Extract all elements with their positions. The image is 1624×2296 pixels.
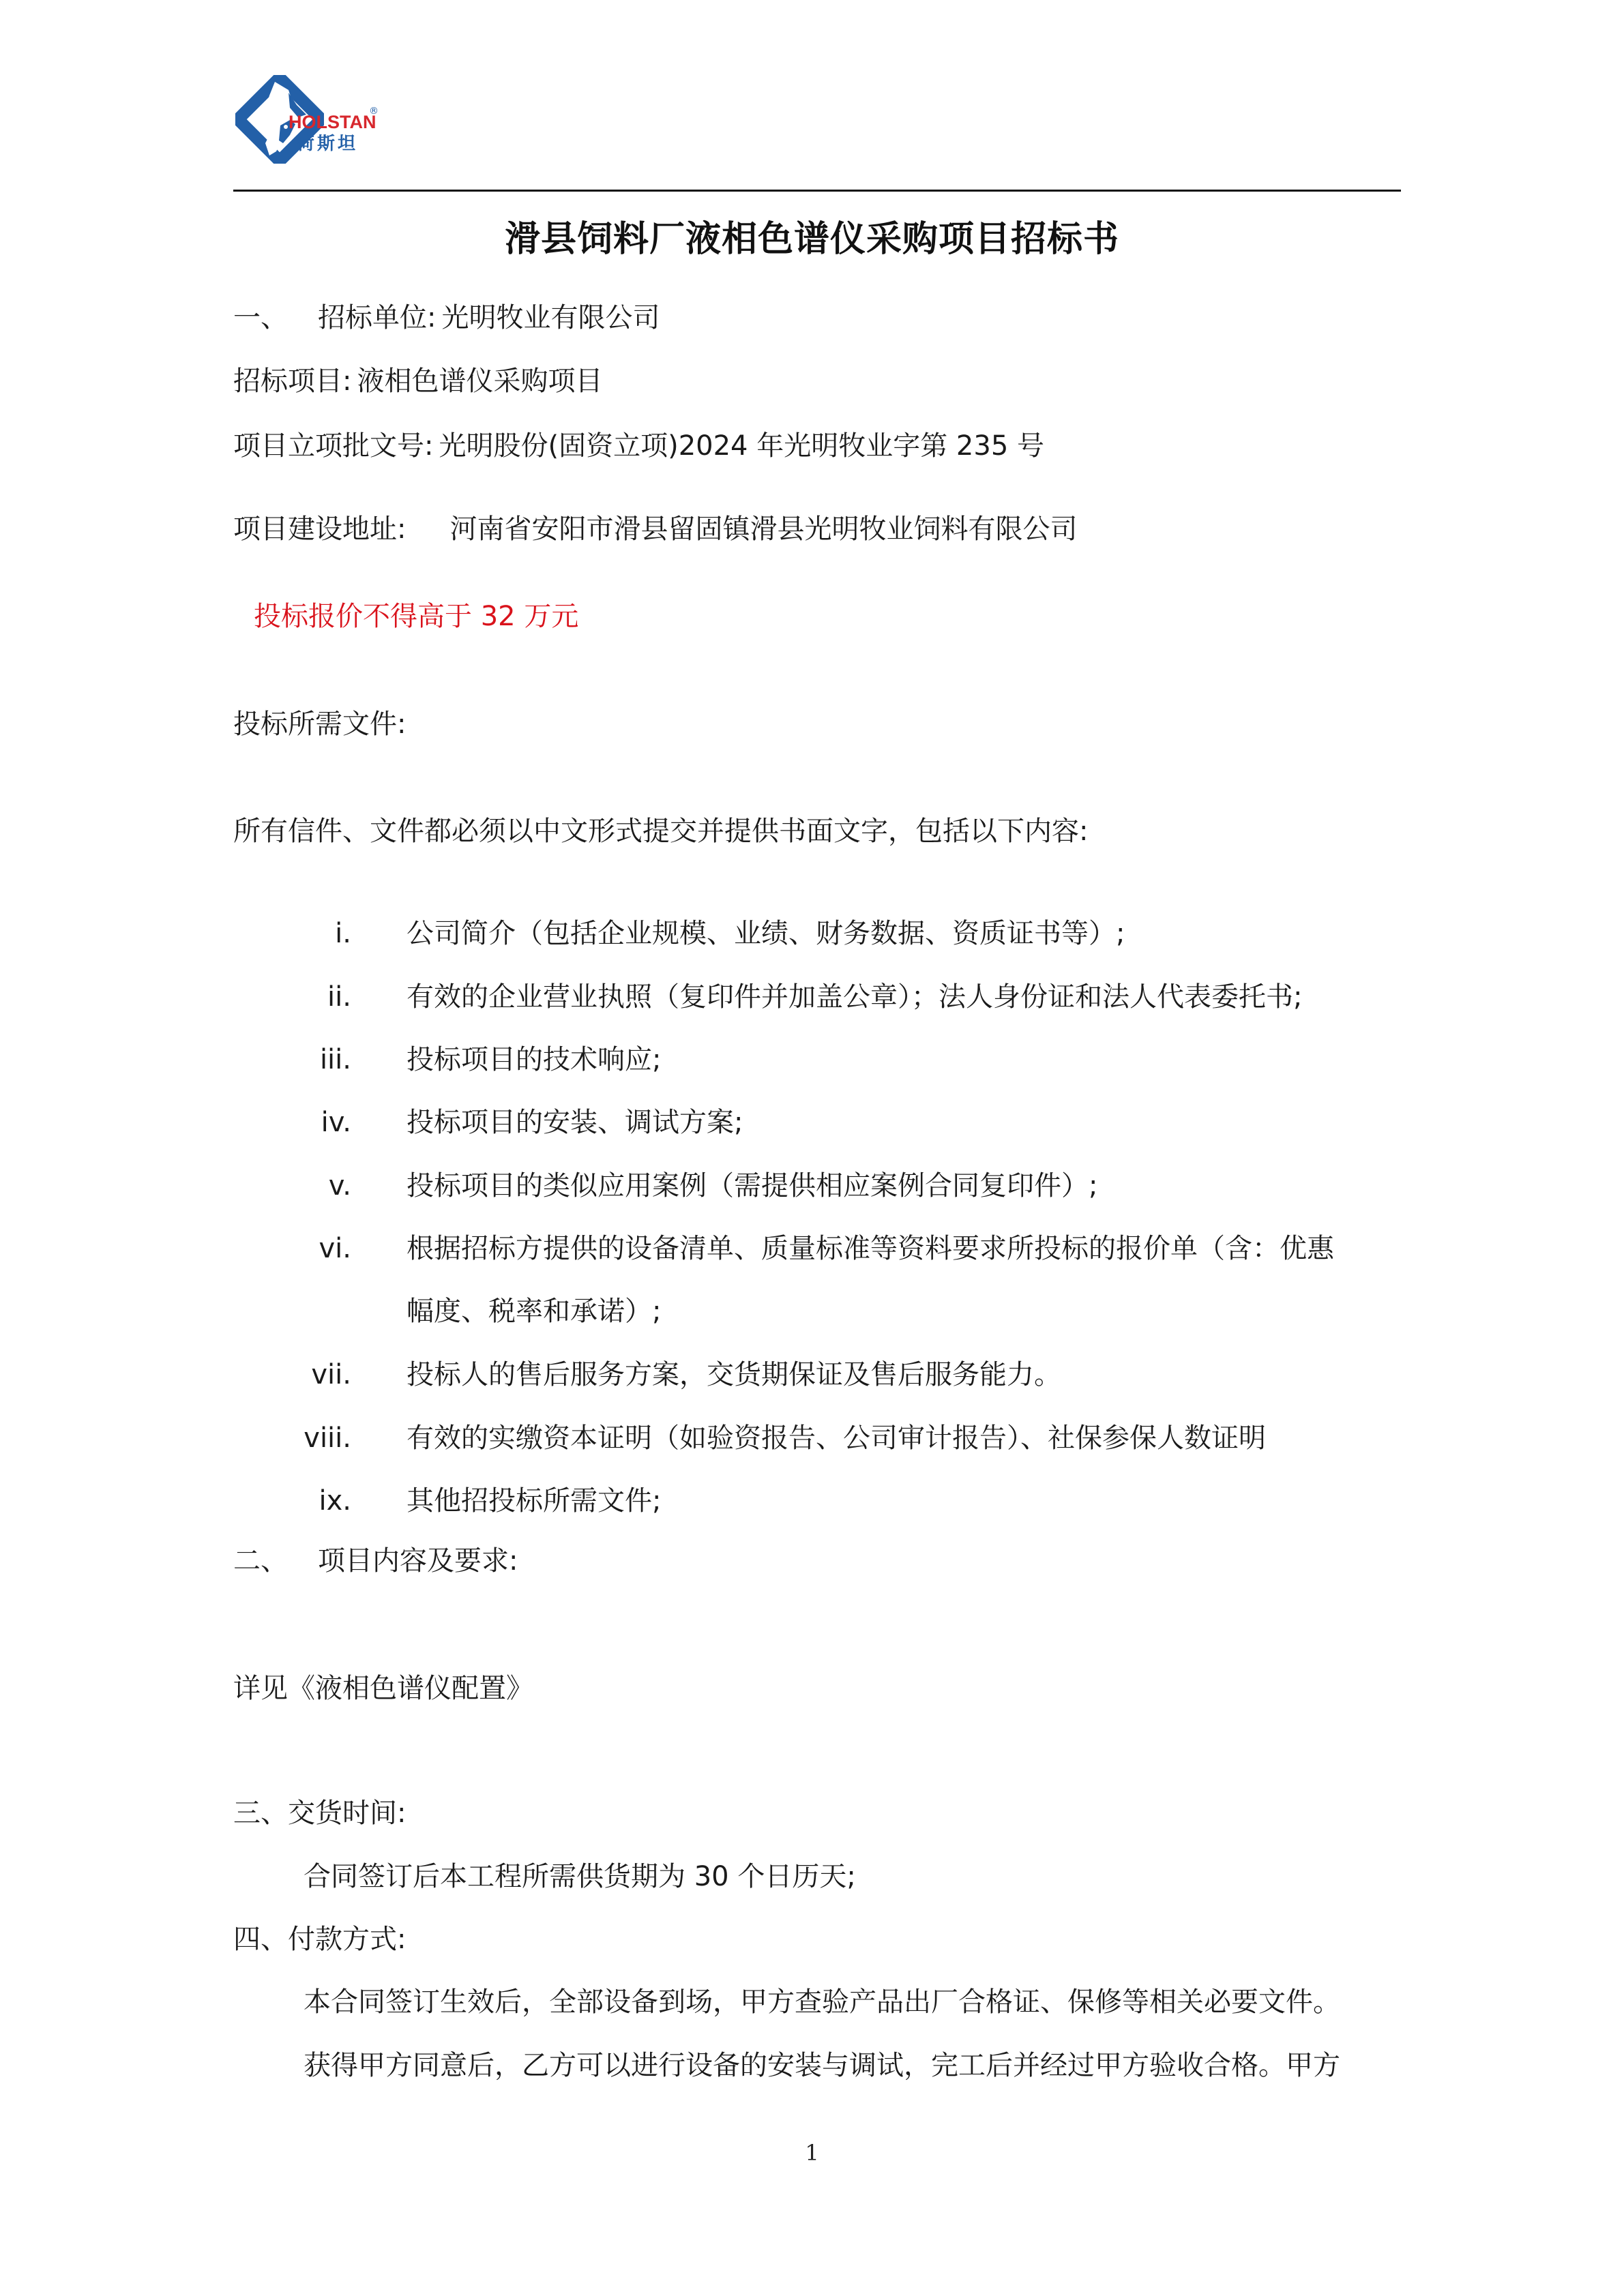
- section-2-number: 二、: [233, 1545, 288, 1577]
- approval-number-line: 项目立项批文号:光明股份(固资立项)2024 年光明牧业字第 235 号: [233, 430, 1044, 462]
- list-item-text: 有效的实缴资本证明（如验资报告、公司审计报告）、社保参保人数证明: [407, 1422, 1266, 1455]
- section-3-heading: 三、交货时间:: [233, 1797, 406, 1830]
- address-value: 河南省安阳市滑县留固镇滑县光明牧业饲料有限公司: [449, 513, 1077, 545]
- list-item-number: iii.: [256, 1043, 351, 1076]
- approval-number-value: 光明股份(固资立项)2024 年光明牧业字第 235 号: [439, 430, 1044, 462]
- section-2-detail: 详见《液相色谱仪配置》: [233, 1672, 533, 1705]
- tender-project-line: 招标项目:液相色谱仪采购项目: [233, 365, 602, 398]
- list-item-number: ii.: [256, 981, 351, 1013]
- list-item-text: 投标项目的类似应用案例（需提供相应案例合同复印件）;: [407, 1169, 1097, 1202]
- list-item-number: vi.: [256, 1232, 351, 1265]
- company-logo: HOLSTAN ® 荷斯坦: [235, 75, 385, 164]
- section-1-number: 一、: [233, 302, 288, 333]
- list-item-text: 公司简介（包括企业规模、业绩、财务数据、资质证书等）;: [407, 917, 1125, 950]
- price-limit-notice: 投标报价不得高于 32 万元: [254, 600, 578, 633]
- list-item-number: i.: [256, 917, 351, 950]
- list-item-number: iv.: [256, 1106, 351, 1139]
- list-item-text: 有效的企业营业执照（复印件并加盖公章）；法人身份证和法人代表委托书;: [407, 981, 1302, 1013]
- list-item-text: 投标人的售后服务方案，交货期保证及售后服务能力。: [407, 1358, 1061, 1391]
- list-item-number: v.: [256, 1169, 351, 1202]
- tender-project-label: 招标项目:: [233, 366, 351, 397]
- tender-unit-value: 光明牧业有限公司: [441, 302, 660, 333]
- approval-number-label: 项目立项批文号:: [233, 430, 433, 462]
- section-2-heading: 二、项目内容及要求:: [233, 1545, 518, 1577]
- list-item-number: vii.: [256, 1358, 351, 1391]
- required-docs-heading: 投标所需文件:: [233, 708, 406, 741]
- registered-mark: ®: [369, 106, 379, 117]
- address-label: 项目建设地址:: [233, 513, 406, 545]
- required-docs-intro: 所有信件、文件都必须以中文形式提交并提供书面文字，包括以下内容:: [233, 815, 1088, 848]
- tender-project-value: 液相色谱仪采购项目: [357, 366, 602, 397]
- address-line: 项目建设地址:河南省安阳市滑县留固镇滑县光明牧业饲料有限公司: [233, 513, 1077, 546]
- header-divider: [233, 190, 1401, 192]
- list-item-text: 投标项目的安装、调试方案;: [407, 1106, 743, 1139]
- section-1-label: 招标单位:: [318, 302, 436, 333]
- list-item-text: 其他招投标所需文件;: [407, 1485, 661, 1517]
- list-item-number: ix.: [256, 1485, 351, 1517]
- logo-brand-cn: 荷斯坦: [297, 130, 358, 155]
- section-4-body-line-2: 获得甲方同意后，乙方可以进行设备的安装与调试，完工后并经过甲方验收合格。甲方: [304, 2049, 1340, 2082]
- section-4-body-line-1: 本合同签订生效后，全部设备到场，甲方查验产品出厂合格证、保修等相关必要文件。: [304, 1986, 1340, 2018]
- document-page: HOLSTAN ® 荷斯坦 滑县饲料厂液相色谱仪采购项目招标书 一、招标单位:光…: [0, 0, 1624, 2296]
- section-3-body: 合同签订后本工程所需供货期为 30 个日历天;: [304, 1860, 856, 1893]
- document-title: 滑县饲料厂液相色谱仪采购项目招标书: [0, 210, 1624, 261]
- section-4-heading: 四、付款方式:: [233, 1923, 406, 1956]
- section-1-line: 一、招标单位:光明牧业有限公司: [233, 301, 660, 334]
- list-item-text: 根据招标方提供的设备清单、质量标准等资料要求所投标的报价单（含：优惠: [407, 1232, 1334, 1265]
- list-item-text: 投标项目的技术响应;: [407, 1043, 661, 1076]
- page-number: 1: [0, 2140, 1624, 2166]
- section-2-label: 项目内容及要求:: [318, 1545, 518, 1577]
- list-item-continuation: 幅度、税率和承诺）;: [407, 1295, 661, 1328]
- list-item-number: viii.: [256, 1422, 351, 1455]
